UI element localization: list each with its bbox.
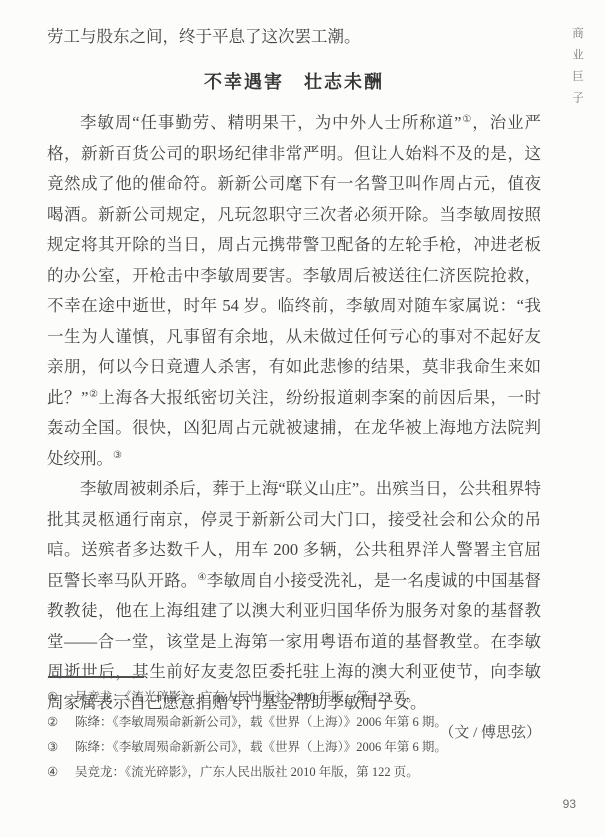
footnote-2-marker: ② <box>47 710 75 735</box>
footnote-4: ④ 吴竞龙：《流光碎影》，广东人民出版社 2010 年版，第 122 页。 <box>47 760 541 785</box>
footnote-3: ③ 陈绛：《李敏周殒命新新公司》，载《世界（上海）》2006 年第 6 期。 <box>47 735 541 760</box>
main-text-block: 劳工与股东之间，终于平息了这次罢工潮。 不幸遇害 壮志未酬 李敏周“任事勤劳、精… <box>47 22 541 749</box>
footnote-ref-1: ① <box>461 114 472 125</box>
margin-chapter-label: 商业巨子 <box>569 27 585 113</box>
footnote-2-text: 陈绛：《李敏周殒命新新公司》，载《世界（上海）》2006 年第 6 期。 <box>75 710 541 735</box>
footnote-4-marker: ④ <box>47 760 75 785</box>
page-number: 93 <box>563 797 576 811</box>
footnote-3-text: 陈绛：《李敏周殒命新新公司》，载《世界（上海）》2006 年第 6 期。 <box>75 735 541 760</box>
footnote-ref-3: ③ <box>113 450 122 461</box>
footnote-4-text: 吴竞龙：《流光碎影》，广东人民出版社 2010 年版，第 122 页。 <box>75 760 541 785</box>
footnote-ref-2: ② <box>88 389 98 400</box>
footnote-separator-rule <box>48 676 144 678</box>
paragraph-1-text: 李敏周“任事勤劳、精明果干，为中外人士所称道” <box>80 113 461 132</box>
footnote-section: ① 吴竞龙：《流光碎影》，广东人民出版社 2010 年版，第 123 页。 ② … <box>47 676 541 785</box>
book-page: 劳工与股东之间，终于平息了这次罢工潮。 不幸遇害 壮志未酬 李敏周“任事勤劳、精… <box>0 0 605 837</box>
footnote-3-marker: ③ <box>47 735 75 760</box>
footnote-1-text: 吴竞龙：《流光碎影》，广东人民出版社 2010 年版，第 123 页。 <box>75 685 541 710</box>
paragraph-1: 李敏周“任事勤劳、精明果干，为中外人士所称道”①，治业严格，新新百货公司的职场纪… <box>47 108 541 474</box>
section-title: 不幸遇害 壮志未酬 <box>47 69 541 95</box>
footnote-1-marker: ① <box>47 685 75 710</box>
footnote-1: ① 吴竞龙：《流光碎影》，广东人民出版社 2010 年版，第 123 页。 <box>47 685 541 710</box>
footnote-2: ② 陈绛：《李敏周殒命新新公司》，载《世界（上海）》2006 年第 6 期。 <box>47 710 541 735</box>
lead-paragraph: 劳工与股东之间，终于平息了这次罢工潮。 <box>47 22 541 52</box>
paragraph-1-text: ，治业严格，新新百货公司的职场纪律非常严明。但让人始料不及的是，这竟然成了他的催… <box>47 113 541 407</box>
footnote-ref-4: ④ <box>198 572 207 583</box>
